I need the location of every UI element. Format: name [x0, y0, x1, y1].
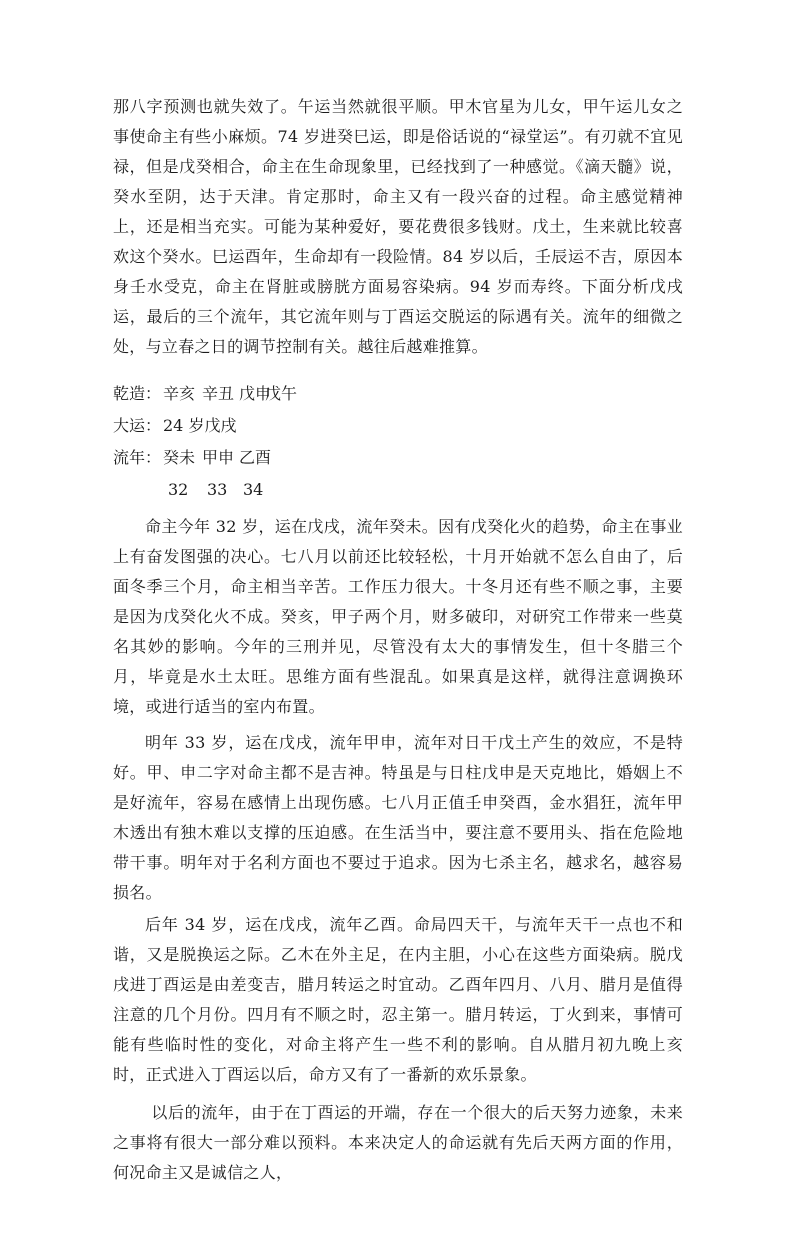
age-1: 32: [168, 474, 188, 506]
liunian-label: 流年：: [113, 442, 161, 474]
document-page: 那八字预测也就失效了。午运当然就很平顺。甲木官星为儿女，甲午运儿女之事使命主有些…: [0, 0, 793, 1248]
paragraph-age-33-year: 明年 33 岁，运在戊戌，流年甲申，流年对日干戊土产生的效应，不是特好。甲、申二…: [113, 728, 683, 908]
dayun-row: 大运： 24 岁戊戌: [113, 410, 683, 442]
paragraph-previous-luck-analysis: 那八字预测也就失效了。午运当然就很平顺。甲木官星为儿女，甲午运儿女之事使命主有些…: [113, 92, 683, 362]
paragraph-future-years: 以后的流年，由于在丁酉运的开端，存在一个很大的后天努力迹象，未来之事将有很大一部…: [113, 1098, 683, 1188]
qianzao-row: 乾造： 辛亥 辛丑 戊申 戊午: [113, 378, 683, 410]
dayun-value: 24 岁戊戌: [163, 410, 236, 442]
liunian-year-2: 甲申: [202, 442, 234, 474]
paragraph-age-34-year: 后年 34 岁，运在戊戌，流年乙酉。命局四天干，与流年天干一点也不和谐，又是脱换…: [113, 910, 683, 1090]
paragraph-age-32-year: 命主今年 32 岁，运在戊戌，流年癸未。因有戊癸化火的趋势，命主在事业上有奋发图…: [113, 512, 683, 722]
liunian-year-1: 癸未: [163, 442, 195, 474]
liunian-year-3: 乙酉: [239, 442, 271, 474]
page-background: { "page": { "background_color": "#ffffff…: [0, 0, 793, 1248]
age-3: 34: [243, 474, 263, 506]
ages-row: 32 33 34: [113, 474, 683, 506]
pillar-hour: 戊午: [265, 378, 297, 410]
pillar-year: 辛亥: [163, 378, 195, 410]
liunian-row: 流年： 癸未 甲申 乙酉: [113, 442, 683, 474]
pillar-month: 辛丑: [202, 378, 234, 410]
bazi-chart: 乾造： 辛亥 辛丑 戊申 戊午 大运： 24 岁戊戌 流年： 癸未 甲申 乙酉 …: [113, 378, 683, 506]
qianzao-label: 乾造：: [113, 378, 161, 410]
dayun-label: 大运：: [113, 410, 161, 442]
age-2: 33: [207, 474, 227, 506]
